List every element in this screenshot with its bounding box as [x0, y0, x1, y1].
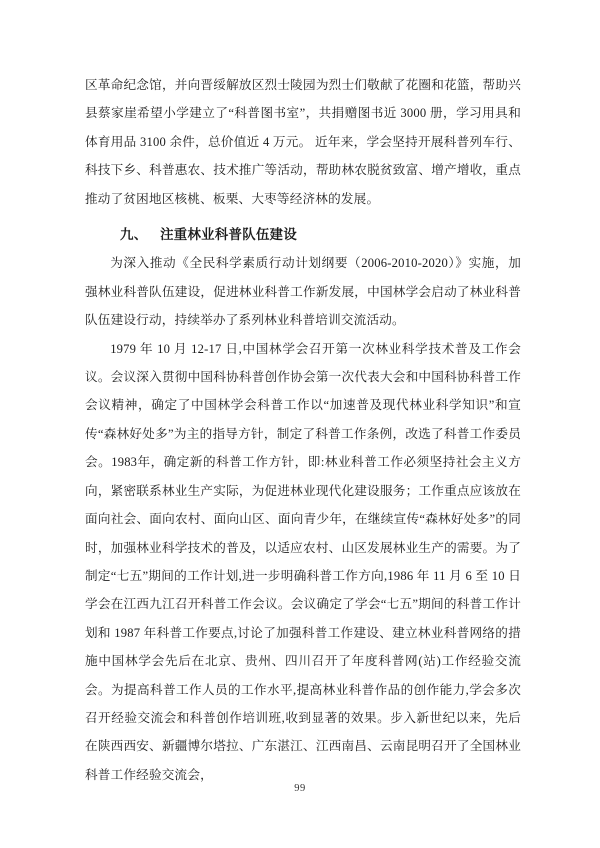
page-number: 99: [0, 783, 600, 794]
document-page: 区革命纪念馆，并向晋绥解放区烈士陵园为烈士们敬献了花圈和花篮，帮助兴县蔡家崖希望…: [0, 0, 600, 848]
paragraph-history: 1979 年 10 月 12-17 日,中国林学会召开第一次林业科学技术普及工作…: [85, 335, 521, 790]
document-content: 区革命纪念馆，并向晋绥解放区烈士陵园为烈士们敬献了花圈和花篮，帮助兴县蔡家崖希望…: [85, 71, 521, 789]
section-heading-title: 注重林业科普队伍建设: [160, 227, 297, 242]
paragraph-intro: 为深入推动《全民科学素质行动计划纲要（2006-2010-2020）》实施，加强…: [85, 249, 521, 334]
section-heading: 九、注重林业科普队伍建设: [85, 221, 521, 249]
section-heading-number: 九、: [120, 227, 147, 242]
paragraph-continuation: 区革命纪念馆，并向晋绥解放区烈士陵园为烈士们敬献了花圈和花篮，帮助兴县蔡家崖希望…: [85, 71, 521, 213]
